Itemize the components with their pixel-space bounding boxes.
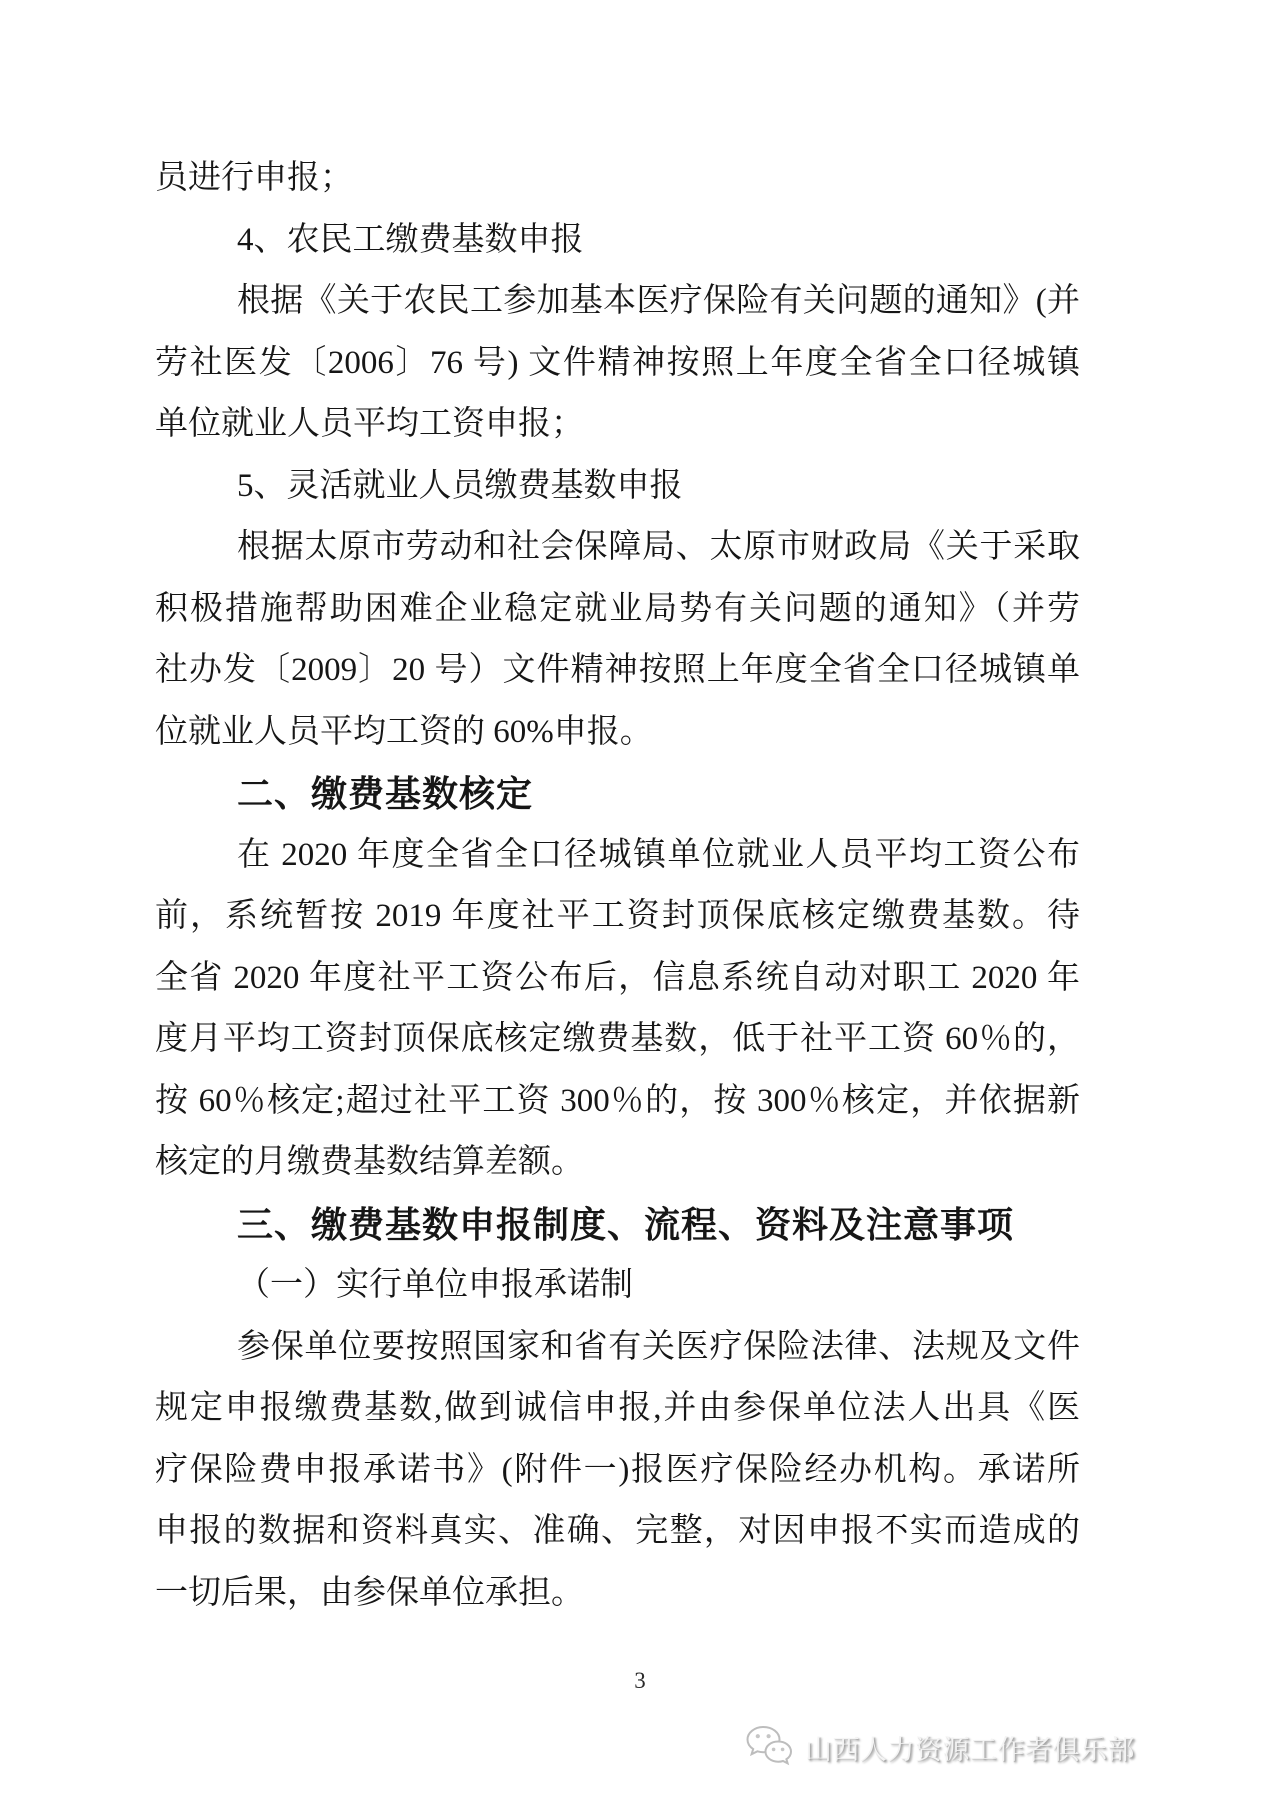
document-line: 单位就业人员平均工资申报； (155, 394, 1080, 456)
document-line: 4、农民工缴费基数申报 (155, 210, 1080, 272)
document-line: （一）实行单位申报承诺制 (155, 1255, 1080, 1317)
page-number: 3 (0, 1668, 1280, 1694)
document-line: 全省 2020 年度社平工资公布后，信息系统自动对职工 2020 年 (155, 948, 1080, 1010)
document-line: 度月平均工资封顶保底核定缴费基数，低于社平工资 60％的， (155, 1009, 1080, 1071)
document-line: 根据太原市劳动和社会保障局、太原市财政局《关于采取 (155, 517, 1080, 579)
wechat-icon (745, 1724, 795, 1770)
document-text: 员进行申报；4、农民工缴费基数申报根据《关于农民工参加基本医疗保险有关问题的通知… (155, 148, 1080, 1624)
document-line: 根据《关于农民工参加基本医疗保险有关问题的通知》(并 (155, 271, 1080, 333)
document-line: 按 60％核定;超过社平工资 300％的，按 300％核定，并依据新 (155, 1071, 1080, 1133)
document-line: 疗保险费申报承诺书》(附件一)报医疗保险经办机构。承诺所 (155, 1440, 1080, 1502)
document-line: 社办发〔2009〕20 号）文件精神按照上年度全省全口径城镇单 (155, 640, 1080, 702)
document-line: 位就业人员平均工资的 60%申报。 (155, 702, 1080, 764)
document-line: 劳社医发〔2006〕76 号) 文件精神按照上年度全省全口径城镇 (155, 333, 1080, 395)
document-line: 积极措施帮助困难企业稳定就业局势有关问题的通知》（并劳 (155, 579, 1080, 641)
watermark-text: 山西人力资源工作者俱乐部 (805, 1728, 1135, 1767)
document-line: 二、缴费基数核定 (155, 763, 1080, 825)
document-line: 在 2020 年度全省全口径城镇单位就业人员平均工资公布 (155, 825, 1080, 887)
document-line: 核定的月缴费基数结算差额。 (155, 1132, 1080, 1194)
document-line: 规定申报缴费基数,做到诚信申报,并由参保单位法人出具《医 (155, 1378, 1080, 1440)
document-line: 三、缴费基数申报制度、流程、资料及注意事项 (155, 1194, 1080, 1256)
document-line: 5、灵活就业人员缴费基数申报 (155, 456, 1080, 518)
document-line: 申报的数据和资料真实、准确、完整，对因申报不实而造成的 (155, 1501, 1080, 1563)
page: { "document": { "lines": [ { "text": "员进… (0, 0, 1280, 1810)
watermark: 山西人力资源工作者俱乐部 (745, 1718, 1135, 1776)
document-line: 员进行申报； (155, 148, 1080, 210)
document-line: 一切后果，由参保单位承担。 (155, 1563, 1080, 1625)
document-line: 参保单位要按照国家和省有关医疗保险法律、法规及文件 (155, 1317, 1080, 1379)
document-line: 前，系统暂按 2019 年度社平工资封顶保底核定缴费基数。待 (155, 886, 1080, 948)
